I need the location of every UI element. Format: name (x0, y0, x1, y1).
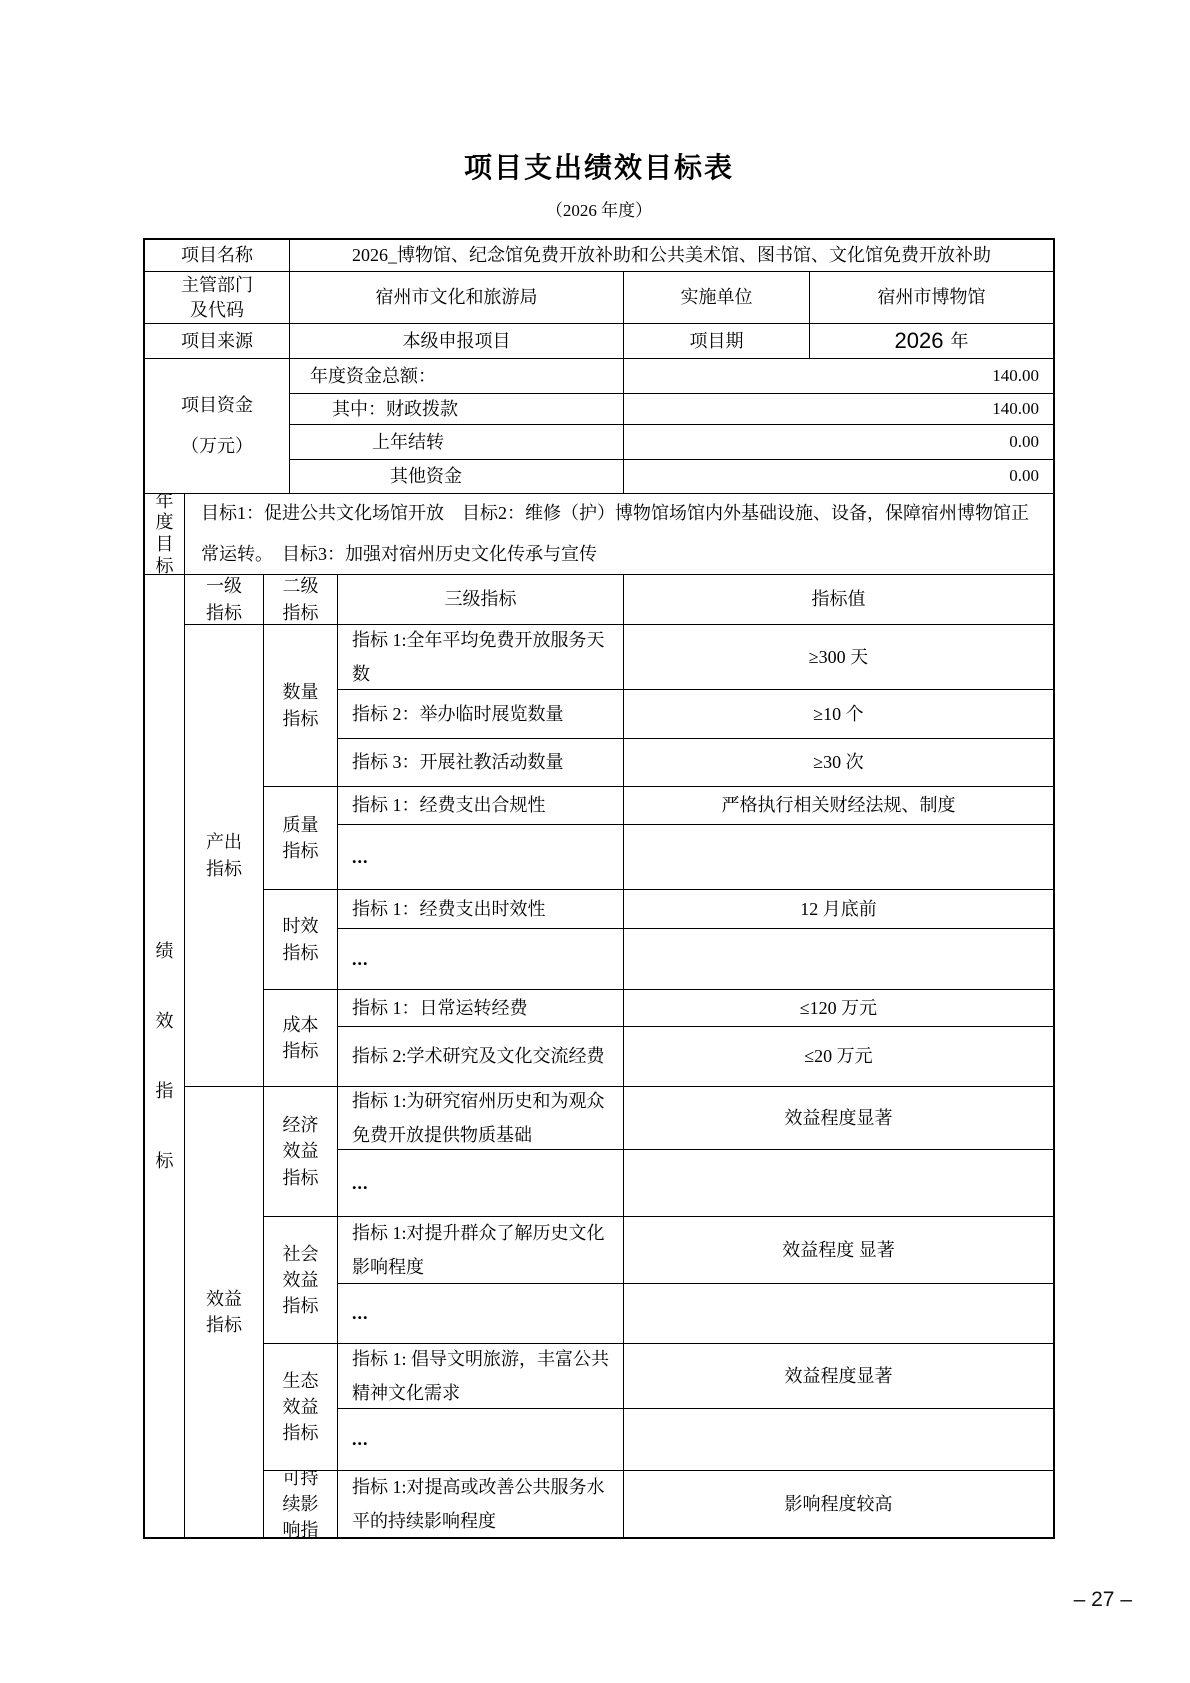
indicator-value: 效益程度 显著 (624, 1217, 1053, 1284)
level2-ecological: 生态效益指标 (264, 1344, 338, 1471)
project-name-label: 项目名称 (145, 240, 290, 272)
funding-row-other-value: 0.00 (624, 460, 1053, 494)
level2-quality-text: 质量指标 (280, 812, 321, 864)
level2-quality: 质量指标 (264, 787, 338, 890)
indicator-name: 指标 2:学术研究及文化交流经费 (338, 1027, 624, 1087)
project-source-value: 本级申报项目 (290, 324, 624, 359)
indicator-value (624, 1284, 1053, 1344)
project-period-value: 2026 年 (810, 324, 1053, 359)
level2-cost: 成本指标 (264, 990, 338, 1087)
indicator-value: 12 月底前 (624, 890, 1053, 929)
level1-output: 产出指标 (185, 625, 264, 1087)
project-name-value: 2026_博物馆、纪念馆免费开放补助和公共美术馆、图书馆、文化馆免费开放补助 (290, 240, 1053, 272)
funding-row-carryover-label: 上年结转 (290, 425, 624, 460)
indicator-value: ≤120 万元 (624, 990, 1053, 1027)
indicator-name: 指标 1: 倡导文明旅游，丰富公共精神文化需求 (338, 1344, 624, 1409)
period-year: 2026 (895, 326, 944, 356)
document-page: 项目支出绩效目标表 （2026 年度） 项目名称 2026_博物馆、纪念馆免费开… (0, 0, 1190, 1683)
level2-sustainable-text: 可持续影响指 (280, 1471, 321, 1537)
indicator-name: 指标 1：经费支出合规性 (338, 787, 624, 825)
level1-benefit-text: 效益指标 (203, 1286, 244, 1338)
header-level2: 二级指标 (264, 575, 338, 625)
funding-label-text: 项目资金（万元） (177, 385, 256, 468)
indicator-name: 指标 2：举办临时展览数量 (338, 690, 624, 739)
annual-goal-label-text: 年度目标 (154, 494, 175, 575)
indicator-name: 指标 1:对提高或改善公共服务水平的持续影响程度 (338, 1471, 624, 1537)
indicator-name-ellipsis: ... (338, 1150, 624, 1217)
document-title: 项目支出绩效目标表 (143, 146, 1055, 186)
indicator-name: 指标 1:为研究宿州历史和为观众免费开放提供物质基础 (338, 1087, 624, 1150)
project-period-label: 项目期 (624, 324, 810, 359)
funding-row-total-value: 140.00 (624, 359, 1053, 394)
indicator-value: ≥10 个 (624, 690, 1053, 739)
indicator-value: ≤20 万元 (624, 1027, 1053, 1087)
indicator-name: 指标 1：日常运转经费 (338, 990, 624, 1027)
indicator-name-ellipsis: ... (338, 929, 624, 990)
header-level1: 一级指标 (185, 575, 264, 625)
level2-quantity-text: 数量指标 (280, 679, 321, 731)
project-info-section: 项目名称 2026_博物馆、纪念馆免费开放补助和公共美术馆、图书馆、文化馆免费开… (145, 240, 1053, 494)
indicator-value: 效益程度显著 (624, 1087, 1053, 1150)
indicator-section: 绩效指标 一级指标 二级指标 三级指标 指标值 产出指标 效益指标 数量指标 (145, 575, 1053, 1537)
indicator-name-ellipsis: ... (338, 825, 624, 890)
header-level3: 三级指标 (338, 575, 624, 625)
indicator-name: 指标 3：开展社教活动数量 (338, 739, 624, 787)
document-subtitle: （2026 年度） (143, 196, 1055, 221)
funding-row-other-label: 其他资金 (290, 460, 624, 494)
indicator-name: 指标 1:全年平均免费开放服务天数 (338, 625, 624, 690)
indicator-value: ≥300 天 (624, 625, 1053, 690)
indicator-value: ≥30 次 (624, 739, 1053, 787)
impl-unit-value: 宿州市博物馆 (810, 272, 1053, 324)
header-value: 指标值 (624, 575, 1053, 625)
performance-target-table: 项目名称 2026_博物馆、纪念馆免费开放补助和公共美术馆、图书馆、文化馆免费开… (143, 238, 1055, 1539)
indicator-value (624, 929, 1053, 990)
level2-ecological-text: 生态效益指标 (280, 1368, 321, 1446)
annual-goal-section: 年度目标 目标1：促进公共文化场馆开放 目标2：维修（护）博物馆场馆内外基础设施… (145, 494, 1053, 575)
level2-quantity: 数量指标 (264, 625, 338, 787)
level1-benefit: 效益指标 (185, 1087, 264, 1537)
indicator-name: 指标 1：经费支出时效性 (338, 890, 624, 929)
funding-row-total-label: 年度资金总额： (290, 359, 624, 394)
indicator-name-ellipsis: ... (338, 1409, 624, 1471)
level2-cost-text: 成本指标 (280, 1012, 321, 1064)
level2-social: 社会效益指标 (264, 1217, 338, 1344)
indicator-value (624, 825, 1053, 890)
dept-value: 宿州市文化和旅游局 (290, 272, 624, 324)
impl-unit-label: 实施单位 (624, 272, 810, 324)
level2-timeliness: 时效指标 (264, 890, 338, 990)
level2-social-text: 社会效益指标 (280, 1241, 321, 1319)
indicator-side-label-text: 绩效指标 (154, 916, 175, 1197)
indicator-value: 影响程度较高 (624, 1471, 1053, 1537)
annual-goal-text: 目标1：促进公共文化场馆开放 目标2：维修（护）博物馆场馆内外基础设施、设备，保… (185, 494, 1053, 575)
indicator-name-ellipsis: ... (338, 1284, 624, 1344)
annual-goal-label: 年度目标 (145, 494, 185, 575)
page-number: – 27 – (0, 1588, 1132, 1612)
indicator-name: 指标 1:对提升群众了解历史文化影响程度 (338, 1217, 624, 1284)
funding-row-fiscal-label: 其中：财政拨款 (290, 394, 624, 425)
period-unit: 年 (950, 329, 968, 353)
funding-label: 项目资金（万元） (145, 359, 290, 494)
indicator-value: 严格执行相关财经法规、制度 (624, 787, 1053, 825)
funding-row-carryover-value: 0.00 (624, 425, 1053, 460)
level2-economic-text: 经济效益指标 (280, 1112, 321, 1190)
funding-row-fiscal-value: 140.00 (624, 394, 1053, 425)
project-source-label: 项目来源 (145, 324, 290, 359)
dept-label-text: 主管部门及代码 (176, 273, 259, 322)
level2-economic: 经济效益指标 (264, 1087, 338, 1217)
level2-sustainable: 可持续影响指 (264, 1471, 338, 1537)
header-level2-text: 二级指标 (280, 575, 321, 625)
header-level1-text: 一级指标 (203, 575, 244, 625)
indicator-side-label: 绩效指标 (145, 575, 185, 1537)
dept-label: 主管部门及代码 (145, 272, 290, 324)
level1-output-text: 产出指标 (203, 829, 244, 881)
indicator-value (624, 1150, 1053, 1217)
level2-timeliness-text: 时效指标 (280, 913, 321, 965)
indicator-value: 效益程度显著 (624, 1344, 1053, 1409)
indicator-value (624, 1409, 1053, 1471)
